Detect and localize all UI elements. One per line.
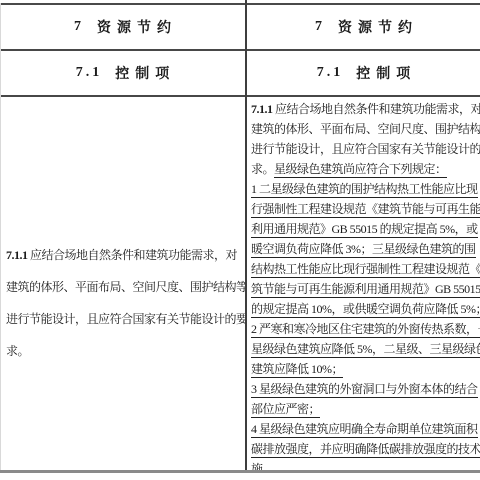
text-line: 暖空调负荷应降低 3%；三星级绿色建筑的围 <box>251 239 480 259</box>
underlined-revision-text: 筑节能与可再生能源利用通用规范》GB 55015 <box>251 282 480 298</box>
underlined-revision-text: 利用通用规范》GB 55015 的规定提高 5%，或 <box>251 222 478 238</box>
text-line: 建筑的体形、平面布局、空间尺度、围护结构等 <box>6 271 245 303</box>
text-line: 建筑的体形、平面布局、空间尺度、围护结构等 <box>251 119 480 139</box>
underlined-revision-text: 行强制性工程建设规范《建筑节能与可再生能 <box>251 202 480 218</box>
section-number: 7 <box>74 19 84 35</box>
underlined-revision-text: 4 星级绿色建筑应明确全寿命期单位建筑面积 <box>251 422 478 438</box>
text-line: 7.1.1 应结合场地自然条件和建筑功能需求，对 <box>6 239 245 271</box>
clause-text-run: 进行节能设计，且应符合国家有关节能设计的要 <box>251 142 480 156</box>
section-title: 资源节约 <box>97 17 177 37</box>
document-page: 7 资源节约 7 资源节约 7.1 控制项 7.1 控制项 7.1.1 应结合场… <box>0 0 480 480</box>
clause-text-run: 进行节能设计，且应符合国家有关节能设计的要 <box>6 312 245 326</box>
text-line: 施。 <box>251 459 480 470</box>
text-line: 行强制性工程建设规范《建筑节能与可再生能 <box>251 199 480 219</box>
text-line: 进行节能设计，且应符合国家有关节能设计的要 <box>6 303 245 335</box>
underlined-revision-text: 施。 <box>251 462 274 470</box>
underlined-revision-text: 的规定提高 10%，或供暖空调负荷应降低 5%； <box>251 302 480 318</box>
underlined-revision-text: 星级绿色建筑尚应符合下列规定： <box>274 162 447 178</box>
underlined-revision-text: 结构热工性能应比现行强制性工程建设规范《 <box>251 262 480 278</box>
subsection-number: 7.1 <box>76 65 103 81</box>
text-line: 部位应严密； <box>251 399 480 419</box>
subsection-number: 7.1 <box>317 65 344 81</box>
section-header-right: 7 资源节约 <box>247 5 480 49</box>
text-line: 碳排放强度，并应明确降低碳排放强度的技术 <box>251 439 480 459</box>
subsection-header-left: 7.1 控制项 <box>0 51 245 95</box>
text-line: 3 星级绿色建筑的外窗洞口与外窗本体的结合 <box>251 379 480 399</box>
text-line: 星级绿色建筑应降低 5%，二星级、三星级绿色 <box>251 339 480 359</box>
clause-text-run: 求。 <box>251 162 274 176</box>
clause-text-run: 求。 <box>6 344 29 358</box>
clause-number-bold: 7.1.1 <box>251 102 273 116</box>
clause-cell-right: 7.1.1 应结合场地自然条件和建筑功能需求，对建筑的体形、平面布局、空间尺度、… <box>247 97 480 470</box>
underlined-revision-text: 暖空调负荷应降低 3%；三星级绿色建筑的围 <box>251 242 476 258</box>
clause-text-run: 建筑的体形、平面布局、空间尺度、围护结构等 <box>6 280 245 294</box>
underlined-revision-text: 1 二星级绿色建筑的围护结构热工性能应比现 <box>251 182 478 198</box>
text-line: 7.1.1 应结合场地自然条件和建筑功能需求，对 <box>251 99 480 119</box>
text-line: 的规定提高 10%，或供暖空调负荷应降低 5%； <box>251 299 480 319</box>
text-line: 求。星级绿色建筑尚应符合下列规定： <box>251 159 480 179</box>
text-line: 建筑应降低 10%； <box>251 359 480 379</box>
underlined-revision-text: 2 严寒和寒冷地区住宅建筑的外窗传热系数，一 <box>251 322 480 338</box>
clause-text-run: 应结合场地自然条件和建筑功能需求，对 <box>273 102 480 116</box>
text-line: 4 星级绿色建筑应明确全寿命期单位建筑面积 <box>251 419 480 439</box>
underlined-revision-text: 星级绿色建筑应降低 5%，二星级、三星级绿色 <box>251 342 480 358</box>
underlined-revision-text: 碳排放强度，并应明确降低碳排放强度的技术 <box>251 442 480 458</box>
section-number: 7 <box>315 19 325 35</box>
clause-number-bold: 7.1.1 <box>6 248 28 262</box>
underlined-revision-text: 建筑应降低 10%； <box>251 362 343 378</box>
text-line: 结构热工性能应比现行强制性工程建设规范《 <box>251 259 480 279</box>
section-header-left: 7 资源节约 <box>0 5 245 49</box>
text-line: 求。 <box>6 335 245 367</box>
table-bottom-border <box>0 470 480 473</box>
clause-text-run: 应结合场地自然条件和建筑功能需求，对 <box>28 248 238 262</box>
section-title: 资源节约 <box>338 17 418 37</box>
subsection-title: 控制项 <box>356 63 416 83</box>
clause-text-run: 建筑的体形、平面布局、空间尺度、围护结构等 <box>251 122 480 136</box>
text-line: 筑节能与可再生能源利用通用规范》GB 55015 <box>251 279 480 299</box>
subsection-title: 控制项 <box>115 63 175 83</box>
text-line: 1 二星级绿色建筑的围护结构热工性能应比现 <box>251 179 480 199</box>
text-line: 进行节能设计，且应符合国家有关节能设计的要 <box>251 139 480 159</box>
underlined-revision-text: 部位应严密； <box>251 402 320 418</box>
underlined-revision-text: 3 星级绿色建筑的外窗洞口与外窗本体的结合 <box>251 382 478 398</box>
text-line: 利用通用规范》GB 55015 的规定提高 5%，或 <box>251 219 480 239</box>
subsection-header-right: 7.1 控制项 <box>247 51 480 95</box>
clause-cell-left: 7.1.1 应结合场地自然条件和建筑功能需求，对建筑的体形、平面布局、空间尺度、… <box>0 97 245 470</box>
text-line: 2 严寒和寒冷地区住宅建筑的外窗传热系数，一 <box>251 319 480 339</box>
